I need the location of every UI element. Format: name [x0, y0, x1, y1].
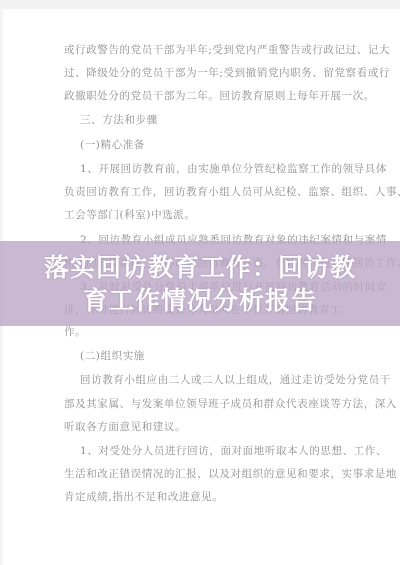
document-text-line: 工会等部门(科室)中选派。	[64, 209, 196, 221]
document-text-line: 部及其家属、与发案单位领导班子成员和群众代表座谈等方法，深入	[64, 398, 397, 410]
document-text-line: 回访教育小组应由二人或二人以上组成，通过走访受处分党员干	[80, 374, 391, 386]
document-text-line: 三、方法和步骤	[80, 114, 158, 126]
document-text-line: (一)精心准备	[80, 139, 145, 151]
document-text-line: 1、开展回访教育前，由实施单位分管纪检监察工作的领导具体	[80, 163, 387, 175]
top-margin-strip	[0, 0, 400, 9]
document-text-line: 肯定成绩,指出不足和改进意见。	[64, 491, 223, 503]
document-text-line: 生活和改正错误情况的汇报，以及对组织的意见和要求，实事求是地	[64, 468, 397, 480]
overlay-title-line-1: 落实回访教育工作：回访教	[44, 251, 356, 284]
document-text-line: 1、对受处分人员进行回访，面对面地听取本人的思想、工作、	[80, 445, 387, 457]
document-text-line: 负责回访教育工作，回访教育小组人员可从纪检、监察、组织、人事、	[64, 186, 400, 198]
document-text-line: 过、降级处分的党员干部为一年;受到撤销党内职务、留党察看或行	[64, 67, 390, 79]
overlay-title: 落实回访教育工作：回访教 育工作情况分析报告	[0, 241, 400, 326]
document-text-line: 政撤职处分的党员干部为二年。回访教育原则上每年开展一次。	[64, 90, 375, 102]
document-text-line: 听取各方面意见和建议。	[64, 421, 186, 433]
document-text-line: (二)组织实施	[80, 350, 145, 362]
document-text-line: 或行政警告的党员干部为半年;受到党内严重警告或行政记过、记大	[64, 44, 390, 56]
document-text-line: 作。	[64, 326, 86, 338]
overlay-title-line-2: 育工作情况分析报告	[83, 284, 317, 317]
